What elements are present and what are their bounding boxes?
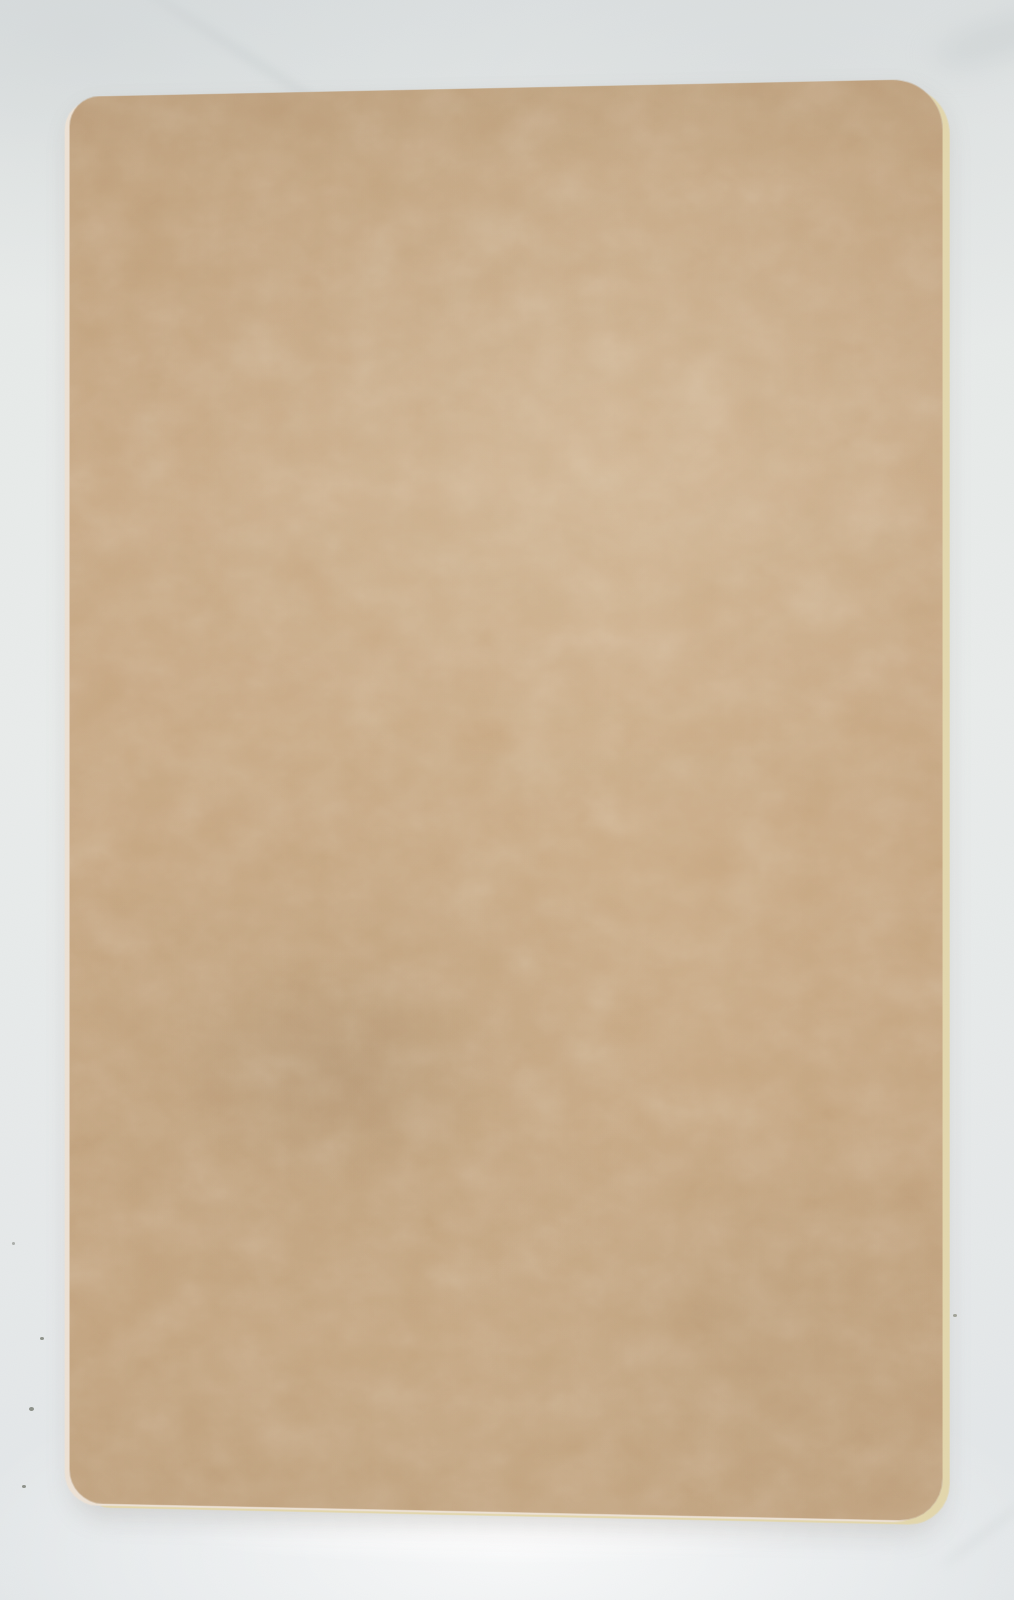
marble-speck <box>12 1242 15 1245</box>
marble-vein <box>940 1497 1014 1569</box>
marble-speck <box>29 1407 34 1411</box>
photo-frame <box>0 0 1014 1600</box>
suede-mottle-texture <box>70 79 943 1521</box>
marble-speck <box>22 1485 26 1488</box>
suede-pad <box>70 79 943 1521</box>
marble-vein <box>927 0 1014 79</box>
marble-speck <box>953 1314 957 1317</box>
marble-speck <box>40 1337 44 1340</box>
